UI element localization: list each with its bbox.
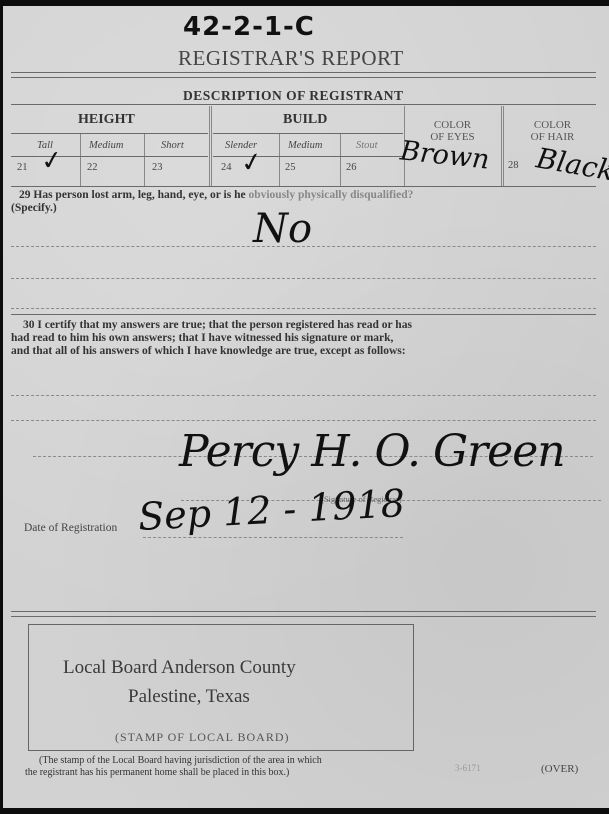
divider [11,186,596,187]
cell-border [501,106,504,186]
question-29: 29 Has person lost arm, leg, hand, eye, … [19,189,413,201]
cell-border [80,134,81,186]
hair-color-value: Black [534,141,609,187]
stamp-line-1: Local Board Anderson County [63,657,296,679]
hair-color-label-line1: COLOR [505,119,600,131]
over-label: (OVER) [541,763,578,775]
build-stout-label: Stout [356,140,378,151]
certification-line-3: and that all of his answers of which I h… [11,345,601,358]
divider [11,611,596,612]
answer-line [11,246,596,247]
build-slender-check-icon: ✓ [239,146,266,179]
date-of-registration-value: Sep 12 - 1918 [137,481,406,539]
answer-line [11,308,596,309]
date-line [143,537,403,538]
stamp-line-2: Palestine, Texas [128,686,250,708]
stamp-label: (STAMP OF LOCAL BOARD) [115,730,290,745]
divider [11,104,596,105]
hair-color-label: COLOR OF HAIR [505,119,600,143]
stamp-note: (The stamp of the Local Board having jur… [25,755,405,779]
hair-color-label-line2: OF HAIR [505,131,600,143]
page-title: REGISTRAR'S REPORT [178,46,404,71]
divider [11,616,596,617]
stamp-note-line-2: the registrant has his permanent home sh… [25,767,405,779]
cell-border [279,134,280,186]
divider [213,133,403,134]
section-heading: DESCRIPTION OF REGISTRANT [183,88,404,104]
divider [11,314,596,315]
answer-line [11,278,596,279]
build-group-label: BUILD [283,112,327,128]
cell-border [144,134,145,186]
certification-line-1: 30 I certify that my answers are true; t… [11,319,601,332]
build-medium-number: 25 [285,162,296,173]
height-group-label: HEIGHT [78,112,135,128]
height-short-number: 23 [152,162,163,173]
question-29-text: 29 Has person lost arm, leg, hand, eye, … [19,189,246,201]
certification-text: 30 I certify that my answers are true; t… [11,319,601,358]
eye-color-label-line1: COLOR [405,119,500,131]
registration-card: 42-2-1-C REGISTRAR'S REPORT DESCRIPTION … [3,6,609,808]
divider [11,72,596,73]
specify-label: (Specify.) [11,202,57,214]
build-stout-number: 26 [346,162,357,173]
height-medium-label: Medium [89,140,123,151]
cell-border [209,106,212,186]
hair-color-number: 28 [508,160,519,171]
divider [11,77,596,78]
height-medium-number: 22 [87,162,98,173]
build-slender-number: 24 [221,162,232,173]
form-number: 3-6171 [455,763,481,773]
certification-line-2: had read to him his own answers; that I … [11,332,601,345]
height-tall-number: 21 [17,162,28,173]
date-of-registration-label: Date of Registration [24,522,117,534]
question-29-text-faded: obviously physically disqualified? [246,189,414,201]
height-tall-check-icon: ✓ [39,145,65,178]
height-short-label: Short [161,140,184,151]
exception-line [11,395,596,396]
stamp-note-line-1: (The stamp of the Local Board having jur… [25,755,405,767]
serial-number: 42-2-1-C [183,12,315,42]
cell-border [340,134,341,186]
registrar-signature: Percy H. O. Green [179,426,565,477]
divider [11,133,208,134]
exception-line [11,420,596,421]
build-medium-label: Medium [288,140,322,151]
